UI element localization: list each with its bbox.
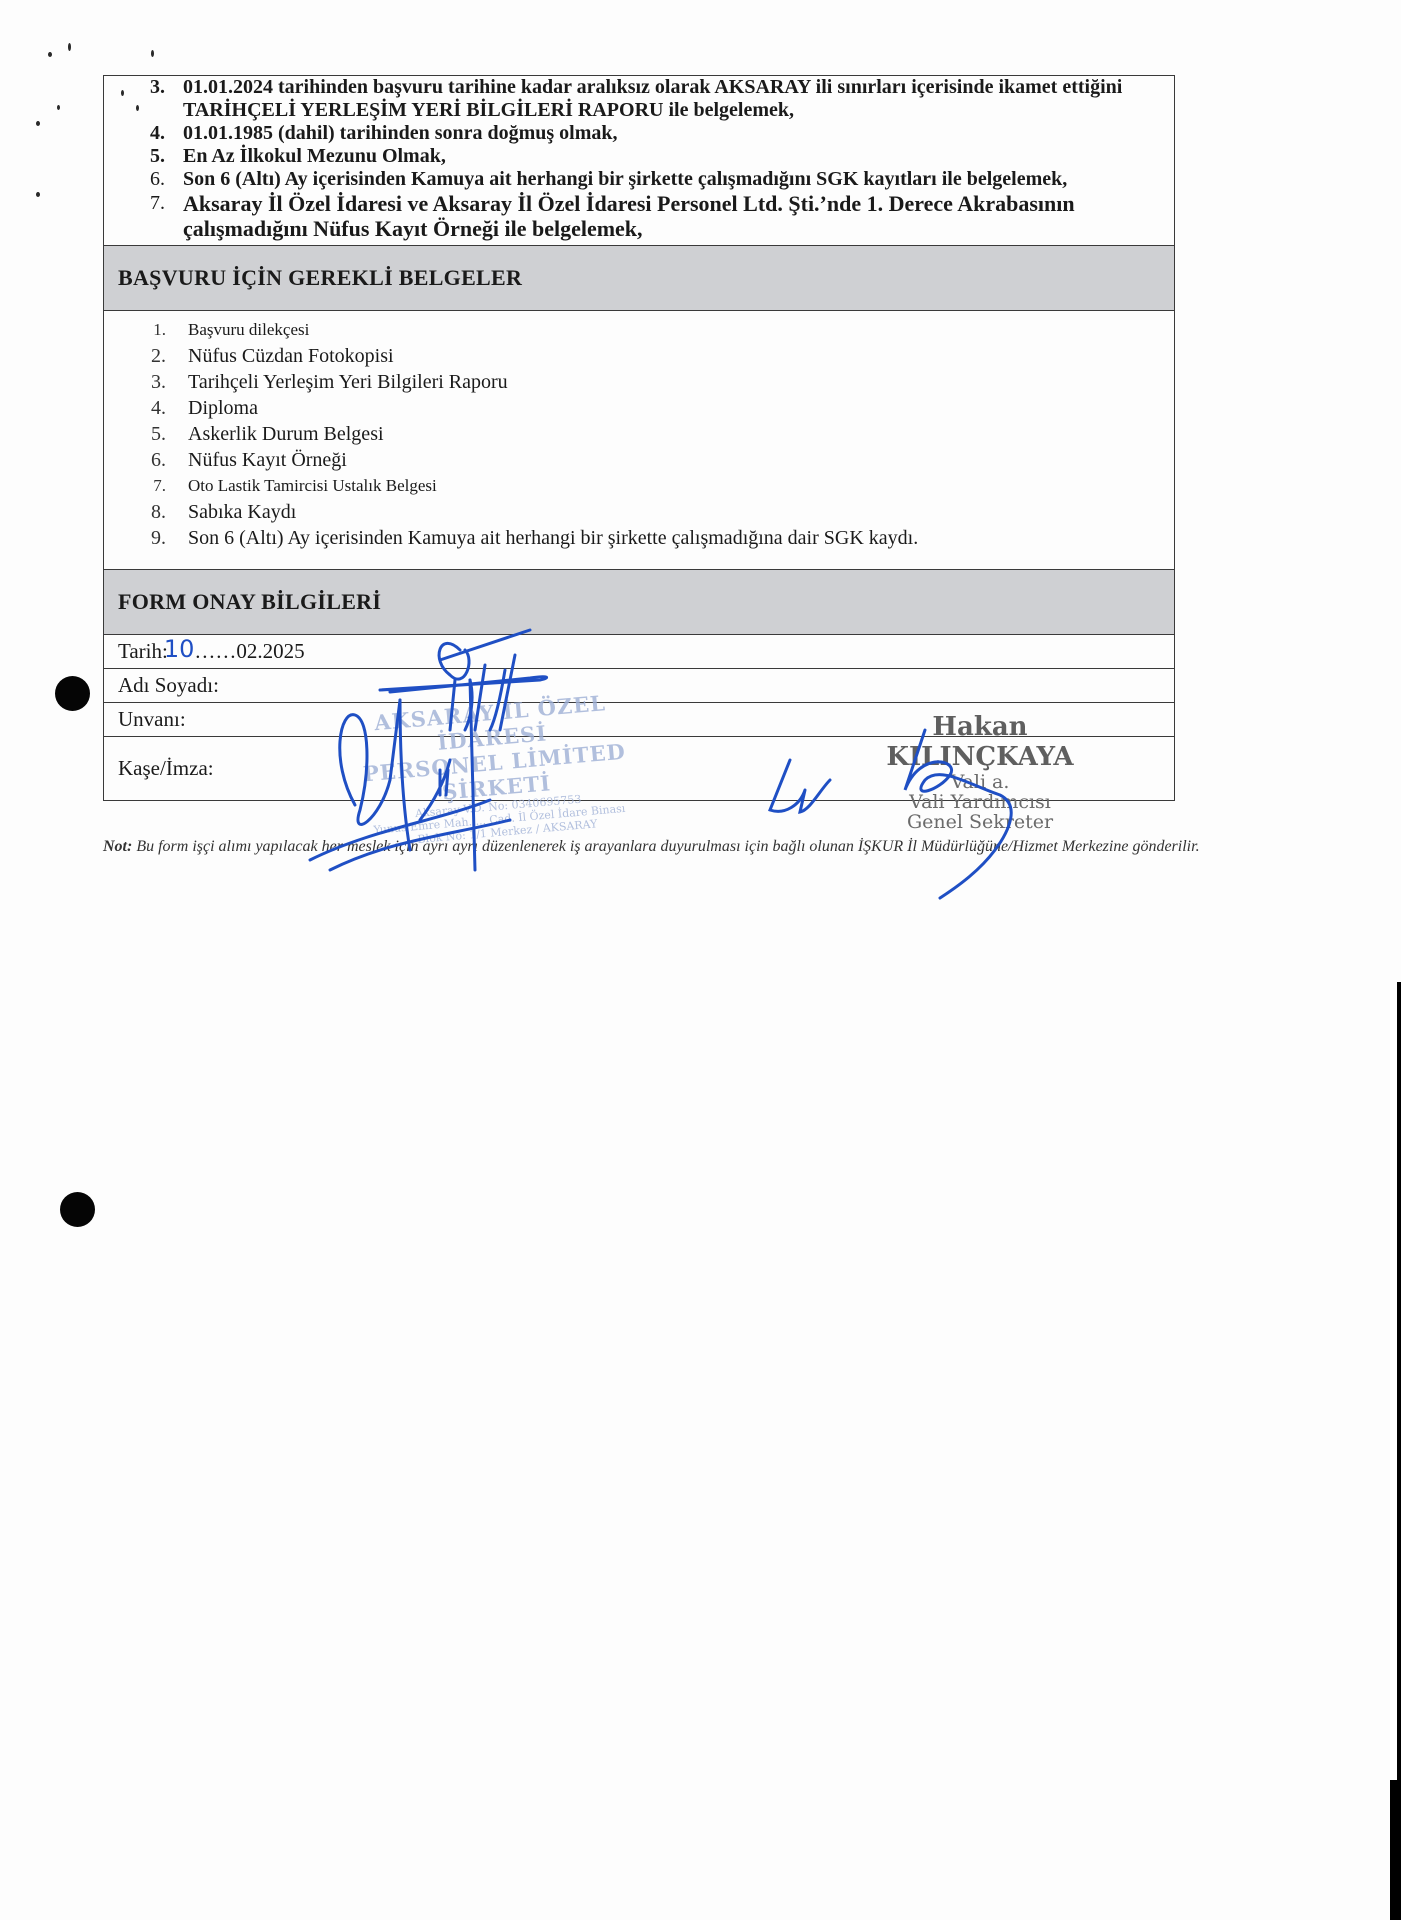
scan-speck	[36, 192, 40, 197]
scan-speck	[36, 121, 40, 126]
criteria-item: 7. Aksaray İl Özel İdaresi ve Aksaray İl…	[104, 191, 1174, 241]
company-stamp: AKSARAY İL ÖZEL İDARESİ PERSONEL LİMİTED…	[325, 686, 666, 853]
footnote: Not: Bu form işçi alımı yapılacak her me…	[103, 836, 1203, 857]
document-item: 2.Nüfus Cüzdan Fotokopisi	[104, 343, 1174, 369]
scan-edge	[1390, 1780, 1401, 1920]
document-item: 4.Diploma	[104, 395, 1174, 421]
document-item: 5.Askerlik Durum Belgesi	[104, 421, 1174, 447]
scan-speck	[57, 105, 60, 110]
scan-speck	[68, 43, 71, 51]
criteria-item: 4. 01.01.1985 (dahil) tarihinden sonra d…	[104, 122, 1174, 145]
documents-list: 1.Başvuru dilekçesi 2.Nüfus Cüzdan Fotok…	[104, 311, 1174, 569]
official-stamp: Hakan KILINÇKAYA Vali a. Vali Yardımcısı…	[835, 712, 1125, 832]
date-row: Tarih: 10 ……02.2025	[104, 635, 1174, 668]
document-item: 6.Nüfus Kayıt Örneği	[104, 447, 1174, 473]
scan-speck	[48, 52, 52, 57]
handwritten-day: 10	[164, 635, 195, 663]
document-item: 1.Başvuru dilekçesi	[104, 317, 1174, 343]
approval-section-header: FORM ONAY BİLGİLERİ	[104, 569, 1174, 635]
scan-speck	[151, 50, 154, 57]
criteria-item: 5. En Az İlkokul Mezunu Olmak,	[104, 145, 1174, 168]
documents-section-header: BAŞVURU İÇİN GEREKLİ BELGELER	[104, 245, 1174, 311]
document-item: 9.Son 6 (Altı) Ay içerisinden Kamuya ait…	[104, 525, 1174, 551]
criteria-item: 3. 01.01.2024 tarihinden başvuru tarihin…	[104, 76, 1174, 122]
criteria-item: 6. Son 6 (Altı) Ay içerisinden Kamuya ai…	[104, 168, 1174, 191]
criteria-list: 3. 01.01.2024 tarihinden başvuru tarihin…	[104, 76, 1174, 245]
document-item: 3.Tarihçeli Yerleşim Yeri Bilgileri Rapo…	[104, 369, 1174, 395]
punch-hole	[60, 1192, 95, 1227]
punch-hole	[55, 676, 90, 711]
document-item: 8.Sabıka Kaydı	[104, 499, 1174, 525]
document-item: 7.Oto Lastik Tamircisi Ustalık Belgesi	[104, 473, 1174, 499]
